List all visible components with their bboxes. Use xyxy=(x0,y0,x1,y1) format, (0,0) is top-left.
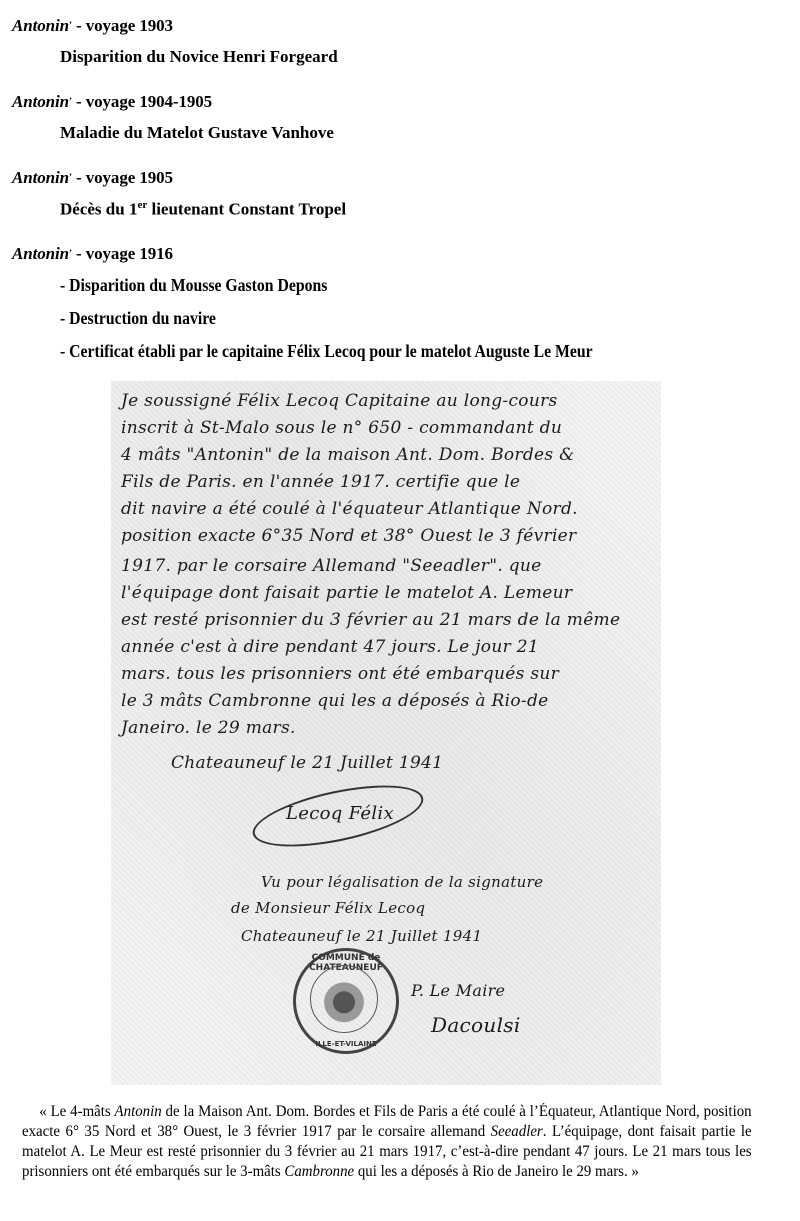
voyage-event: Décès du 1er lieutenant Constant Tropel xyxy=(60,199,346,220)
voyage-title: - voyage 1905 xyxy=(72,168,173,187)
ship-name: Antonin xyxy=(115,1103,162,1120)
ship-name: Antonin xyxy=(12,168,69,187)
certificate-scan: Je soussigné Félix Lecoq Capitaine au lo… xyxy=(111,381,661,1085)
handwriting-line: dit navire a été coulé à l'équateur Atla… xyxy=(121,499,578,519)
handwriting-line: le 3 mâts Cambronne qui les a déposés à … xyxy=(121,691,549,711)
stamp-bottom-text: ILLE-ET-VILAINE xyxy=(296,1040,396,1048)
voyage-event: Maladie du Matelot Gustave Vanhove xyxy=(60,123,334,143)
voyage-title: - voyage 1904-1905 xyxy=(72,92,212,111)
handwriting-line: l'équipage dont faisait partie le matelo… xyxy=(121,583,572,603)
handwriting-line: Je soussigné Félix Lecoq Capitaine au lo… xyxy=(121,391,558,411)
mayor-label: P. Le Maire xyxy=(411,981,505,1000)
legalisation-line: de Monsieur Félix Lecoq xyxy=(231,899,425,917)
ship-name: Cambronne xyxy=(284,1163,354,1180)
ship-name: Antonin xyxy=(12,244,69,263)
voyage-heading-1904-1905: Antonin’ - voyage 1904-1905 xyxy=(12,92,212,112)
handwriting-line: année c'est à dire pendant 47 jours. Le … xyxy=(121,637,539,657)
voyage-event: - Certificat établi par le capitaine Fél… xyxy=(60,341,593,362)
handwriting-line: Fils de Paris. en l'année 1917. certifie… xyxy=(121,472,520,492)
voyage-heading-1903: Antonin’ - voyage 1903 xyxy=(12,16,173,36)
handwriting-line: 4 mâts "Antonin" de la maison Ant. Dom. … xyxy=(121,445,575,465)
handwriting-line: Janeiro. le 29 mars. xyxy=(121,718,296,738)
captain-signature: Lecoq Félix xyxy=(286,803,394,824)
certificate-transcription: « Le 4-mâts Antonin de la Maison Ant. Do… xyxy=(22,1102,752,1182)
voyage-event: - Destruction du navire xyxy=(60,308,216,329)
handwriting-line: position exacte 6°35 Nord et 38° Ouest l… xyxy=(121,526,576,546)
mayor-signature: Dacoulsi xyxy=(431,1013,521,1037)
place-date: Chateauneuf le 21 Juillet 1941 xyxy=(171,753,443,773)
legalisation-line: Vu pour légalisation de la signature xyxy=(261,873,543,891)
voyage-title: - voyage 1903 xyxy=(72,16,173,35)
voyage-event: - Disparition du Mousse Gaston Depons xyxy=(60,275,327,296)
ship-name: Antonin xyxy=(12,16,69,35)
voyage-event: Disparition du Novice Henri Forgeard xyxy=(60,47,338,67)
raider-name: Seeadler xyxy=(491,1123,543,1140)
handwriting-line: 1917. par le corsaire Allemand "Seeadler… xyxy=(121,556,542,576)
voyage-title: - voyage 1916 xyxy=(72,244,173,263)
voyage-heading-1916: Antonin’ - voyage 1916 xyxy=(12,244,173,264)
legalisation-line: Chateauneuf le 21 Juillet 1941 xyxy=(241,927,482,945)
handwriting-line: mars. tous les prisonniers ont été embar… xyxy=(121,664,559,684)
handwriting-line: inscrit à St-Malo sous le n° 650 - comma… xyxy=(121,418,562,438)
town-hall-stamp: COMMUNE de CHATEAUNEUF ILLE-ET-VILAINE xyxy=(293,948,399,1054)
stamp-emblem-icon xyxy=(310,965,378,1033)
handwriting-line: est resté prisonnier du 3 février au 21 … xyxy=(121,610,620,630)
voyage-heading-1905: Antonin’ - voyage 1905 xyxy=(12,168,173,188)
ship-name: Antonin xyxy=(12,92,69,111)
